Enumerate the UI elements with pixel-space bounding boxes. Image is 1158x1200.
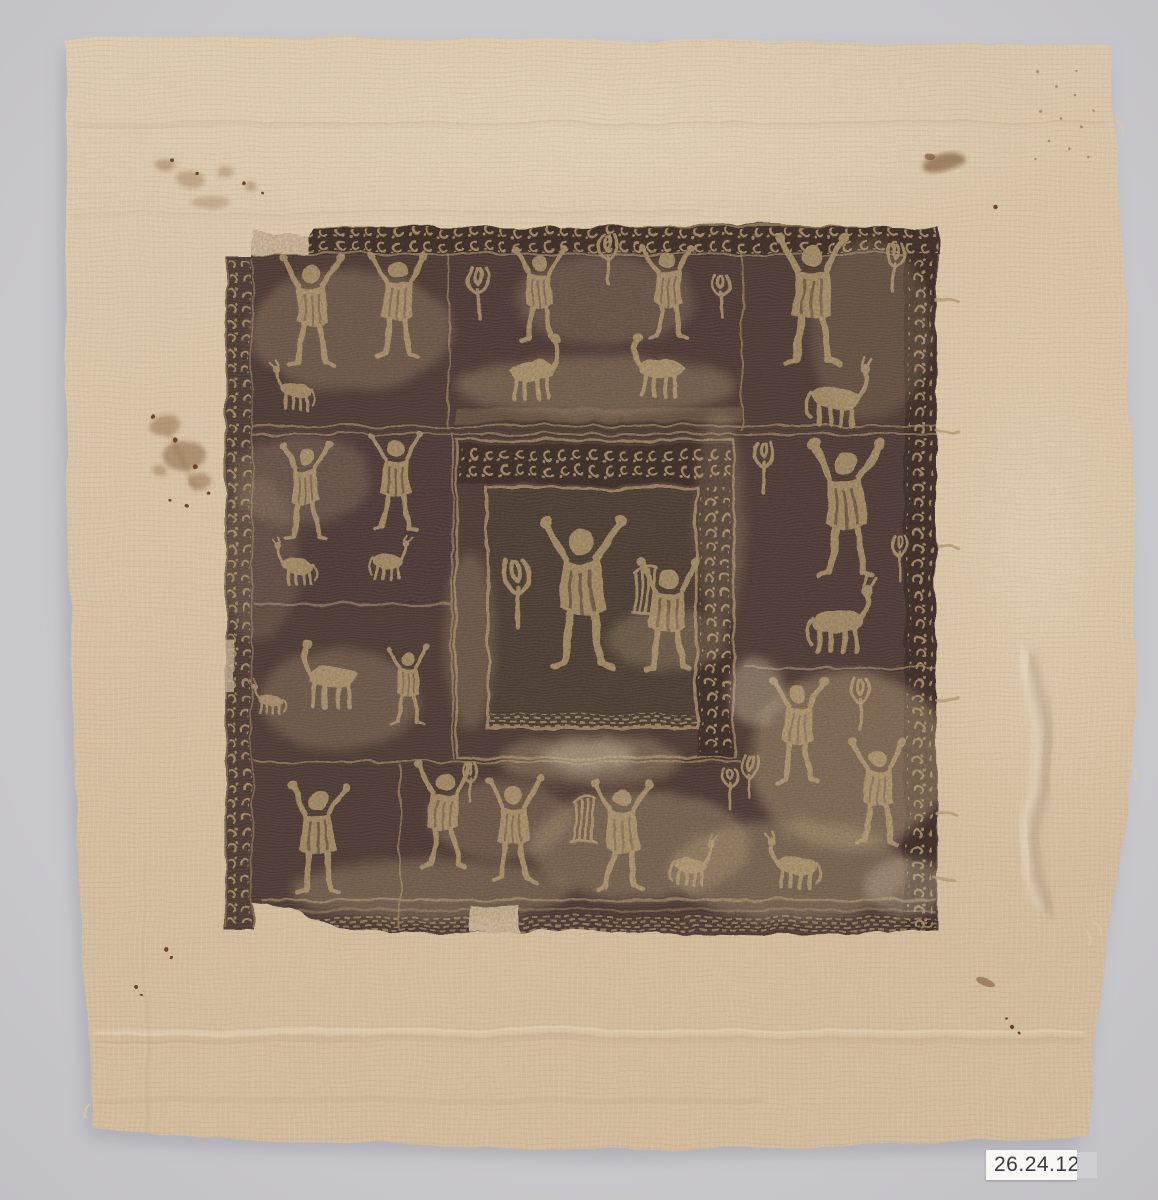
tapestry-panel bbox=[220, 218, 960, 944]
photo-canvas bbox=[0, 0, 1158, 1200]
accession-label: 26.24.12 bbox=[986, 1150, 1077, 1180]
accession-number-text: 26.24.12 bbox=[994, 1153, 1080, 1176]
panel-grain bbox=[220, 218, 946, 944]
artifact-photograph: 26.24.12 bbox=[0, 0, 1158, 1200]
